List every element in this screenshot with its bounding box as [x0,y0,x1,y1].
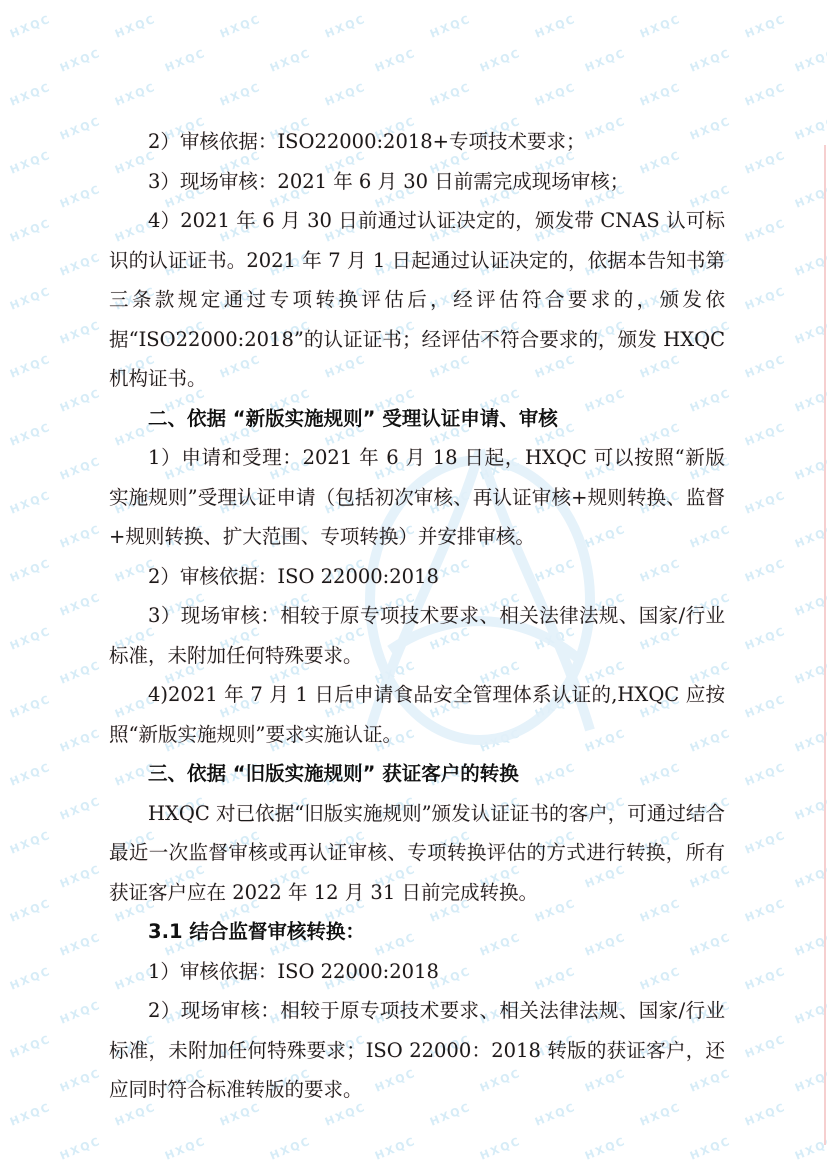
watermark-text: HXQC [59,1134,104,1162]
watermark-text: HXQC [219,80,264,108]
watermark-text: HXQC [794,726,827,754]
watermark-text: HXQC [534,12,579,40]
watermark-text: HXQC [744,828,789,856]
watermark-text: HXQC [744,216,789,244]
watermark-text: HXQC [59,590,104,618]
watermark-text: HXQC [639,12,684,40]
watermark-text: HXQC [584,46,629,74]
watermark-text: HXQC [744,896,789,924]
watermark-text: HXQC [794,1066,827,1094]
watermark-text: HXQC [59,998,104,1026]
watermark-text: HXQC [164,46,209,74]
watermark-text: HXQC [794,930,827,958]
watermark-text: HXQC [9,352,54,380]
watermark-text: HXQC [639,80,684,108]
watermark-text: HXQC [9,488,54,516]
watermark-text: HXQC [794,386,827,414]
watermark-text: HXQC [744,624,789,652]
watermark-text: HXQC [479,46,524,74]
watermark-text: HXQC [59,522,104,550]
watermark-text: HXQC [744,1032,789,1060]
watermark-text: HXQC [59,386,104,414]
paragraph-audit-basis: 2）审核依据：ISO22000:2018+专项技术要求； [109,122,725,162]
watermark-text: HXQC [59,726,104,754]
watermark-text: HXQC [794,522,827,550]
watermark-text: HXQC [794,114,827,142]
watermark-text: HXQC [59,182,104,210]
paragraph-certificate-issuance: 4）2021 年 6 月 30 日前通过认证决定的，颁发带 CNAS 认可标识的… [109,201,725,399]
watermark-text: HXQC [794,318,827,346]
watermark-text: HXQC [744,1100,789,1128]
watermark-text: HXQC [59,250,104,278]
watermark-text: HXQC [9,80,54,108]
watermark-text: HXQC [744,556,789,584]
watermark-text: HXQC [9,556,54,584]
watermark-text: HXQC [744,488,789,516]
watermark-text: HXQC [744,80,789,108]
watermark-text: HXQC [744,760,789,788]
watermark-text: HXQC [794,182,827,210]
document-body: 2）审核依据：ISO22000:2018+专项技术要求； 3）现场审核：2021… [109,122,725,1110]
watermark-text: HXQC [324,80,369,108]
watermark-text: HXQC [429,80,474,108]
watermark-text: HXQC [744,352,789,380]
watermark-text: HXQC [374,46,419,74]
watermark-text: HXQC [794,998,827,1026]
paragraph-application-acceptance: 1）申请和受理：2021 年 6 月 18 日起，HXQC 可以按照“新版实施规… [109,438,725,557]
watermark-text: HXQC [114,12,159,40]
watermark-text: HXQC [9,760,54,788]
watermark-text: HXQC [534,80,579,108]
watermark-text: HXQC [269,46,314,74]
watermark-text: HXQC [689,46,734,74]
watermark-text: HXQC [374,1134,419,1162]
watermark-text: HXQC [59,318,104,346]
watermark-text: HXQC [794,250,827,278]
watermark-text: HXQC [219,12,264,40]
watermark-text: HXQC [689,1134,734,1162]
watermark-text: HXQC [794,1134,827,1162]
watermark-text: HXQC [744,964,789,992]
paragraph-onsite-audit: 3）现场审核：2021 年 6 月 30 日前需完成现场审核； [109,162,725,202]
watermark-text: HXQC [114,80,159,108]
watermark-text: HXQC [9,692,54,720]
watermark-text: HXQC [9,216,54,244]
watermark-text: HXQC [59,658,104,686]
watermark-text: HXQC [9,896,54,924]
watermark-text: HXQC [794,862,827,890]
watermark-text: HXQC [9,12,54,40]
watermark-text: HXQC [59,794,104,822]
watermark-text: HXQC [794,454,827,482]
section-heading-2: 二、依据 “新版实施规则” 受理认证申请、审核 [109,399,725,439]
paragraph-after-july: 4)2021 年 7 月 1 日后申请食品安全管理体系认证的,HXQC 应按照“… [109,675,725,754]
watermark-text: HXQC [164,1134,209,1162]
watermark-text: HXQC [324,12,369,40]
watermark-text: HXQC [9,148,54,176]
watermark-text: HXQC [9,624,54,652]
watermark-text: HXQC [794,46,827,74]
section-heading-3: 三、依据 “旧版实施规则” 获证客户的转换 [109,754,725,794]
watermark-text: HXQC [59,454,104,482]
watermark-text: HXQC [59,1066,104,1094]
subsection-heading-3-1: 3.1 结合监督审核转换： [109,912,725,952]
watermark-text: HXQC [9,828,54,856]
watermark-text: HXQC [429,12,474,40]
paragraph-audit-basis-new: 2）审核依据：ISO 22000:2018 [109,557,725,597]
watermark-text: HXQC [794,794,827,822]
paragraph-transition-intro: HXQC 对已依据“旧版实施规则”颁发认证证书的客户，可通过结合最近一次监督审核… [109,794,725,913]
watermark-text: HXQC [794,590,827,618]
watermark-text: HXQC [744,284,789,312]
watermark-text: HXQC [744,148,789,176]
watermark-text: HXQC [9,964,54,992]
paragraph-onsite-audit-new: 3）现场审核：相较于原专项技术要求、相关法律法规、国家/行业标准，未附加任何特殊… [109,596,725,675]
watermark-text: HXQC [584,1134,629,1162]
watermark-text: HXQC [59,930,104,958]
watermark-text: HXQC [479,1134,524,1162]
paragraph-onsite-audit-3-1: 2）现场审核：相较于原专项技术要求、相关法律法规、国家/行业标准，未附加任何特殊… [109,991,725,1110]
watermark-text: HXQC [9,284,54,312]
paragraph-audit-basis-3-1: 1）审核依据：ISO 22000:2018 [109,952,725,992]
watermark-text: HXQC [744,692,789,720]
watermark-text: HXQC [59,46,104,74]
watermark-text: HXQC [59,114,104,142]
watermark-text: HXQC [744,420,789,448]
watermark-text: HXQC [59,862,104,890]
watermark-text: HXQC [794,658,827,686]
watermark-text: HXQC [269,1134,314,1162]
watermark-text: HXQC [9,420,54,448]
page-edge-line [824,145,826,1145]
watermark-text: HXQC [9,1100,54,1128]
watermark-text: HXQC [9,1032,54,1060]
watermark-text: HXQC [744,12,789,40]
